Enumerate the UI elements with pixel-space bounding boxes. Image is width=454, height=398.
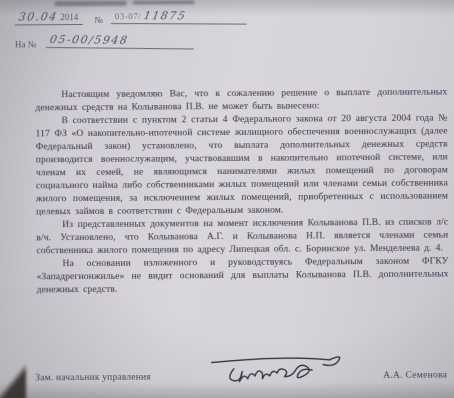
paragraph-2: В соответствии с пунктом 2 статьи 4 Феде… (35, 112, 448, 219)
number-label: № (94, 15, 103, 25)
year-printed: 2014 (60, 12, 78, 22)
cutoff-letterhead-text (133, 0, 195, 4)
reply-number-line: На № 05-00/5948 (15, 33, 247, 50)
signer-name: А.А. Семенова (383, 370, 447, 380)
outgoing-number-field: 03-07/ 11875 (111, 9, 247, 24)
signer-position: Зам. начальник управления (35, 373, 151, 384)
number-prefix: 03-07/ (115, 11, 142, 21)
reference-block: 30.04 2014 № 03-07/ 11875 На № 05-00/594… (15, 9, 247, 59)
reply-number-handwritten: 05-00/5948 (49, 33, 130, 47)
cutoff-letterhead-text (55, 1, 127, 7)
reply-label: На № (15, 39, 36, 49)
paragraph-1: Настоящим уведомляю Вас, что к сожалению… (35, 86, 447, 115)
number-handwritten: 11875 (143, 9, 188, 22)
signature-block: Зам. начальник управления А.А. Семенова (1, 342, 454, 391)
outgoing-number-line: 30.04 2014 № 03-07/ 11875 (15, 9, 247, 26)
handwritten-signature (196, 343, 356, 390)
paragraph-4: На основании изложенного и руководствуяс… (36, 255, 448, 297)
paragraph-3: Из представленных документов на момент и… (36, 216, 448, 258)
photo-corner-shadow (0, 364, 26, 398)
reply-number-field: 05-00/5948 (46, 33, 194, 50)
date-handwritten: 30.04 (18, 10, 59, 23)
date-field: 30.04 2014 (15, 10, 83, 25)
document-photo: 30.04 2014 № 03-07/ 11875 На № 05-00/594… (0, 0, 454, 398)
letter-body: Настоящим уведомляю Вас, что к сожалению… (35, 86, 448, 297)
